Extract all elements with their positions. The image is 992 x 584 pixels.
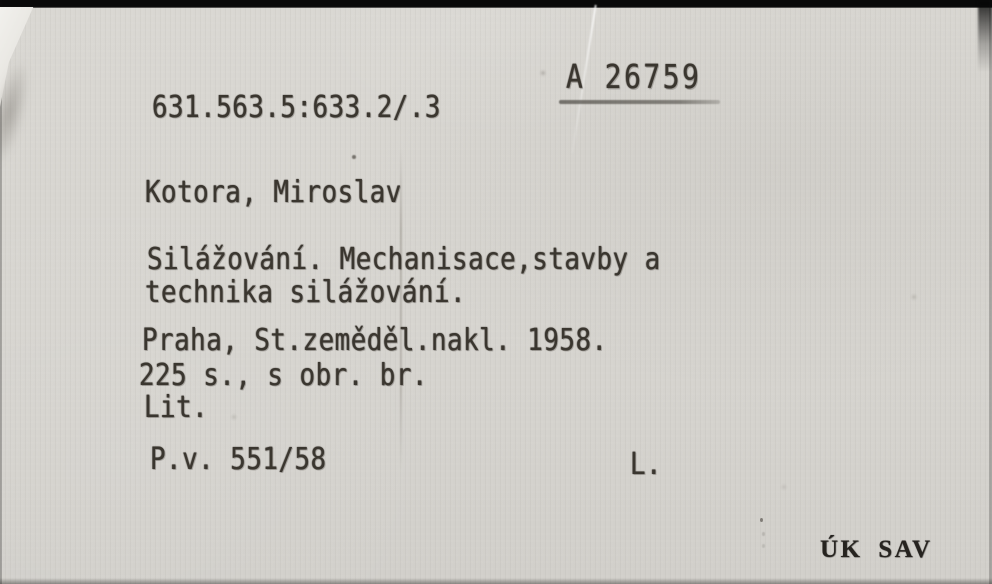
accession-number: A 26759 [566, 61, 702, 94]
scanned-catalog-card: A 26759 631.563.5:633.2/.3 Kotora, Miros… [0, 0, 992, 584]
imprint-line: Praha, St.zeměděl.nakl. 1958. [142, 325, 608, 356]
bibliography-note: Lit. [144, 392, 208, 423]
title-line-1: Silážování. Mechanisace,stavby a [147, 244, 661, 275]
library-stamp: ÚK SAV [820, 536, 933, 564]
collation-line: 225 s., s obr. br. [139, 360, 428, 391]
pencil-tick-mark [760, 518, 763, 522]
scan-top-edge [0, 0, 992, 9]
author-heading: Kotora, Miroslav [145, 177, 402, 208]
accession-underline [559, 100, 720, 104]
cataloguer-mark: L. [630, 449, 662, 480]
record-number: P.v. 551/58 [150, 444, 327, 475]
classification-number: 631.563.5:633.2/.3 [152, 92, 441, 123]
title-line-2: technika silážování. [145, 277, 466, 308]
ink-speck [352, 155, 356, 159]
scan-bottom-edge [0, 578, 992, 584]
